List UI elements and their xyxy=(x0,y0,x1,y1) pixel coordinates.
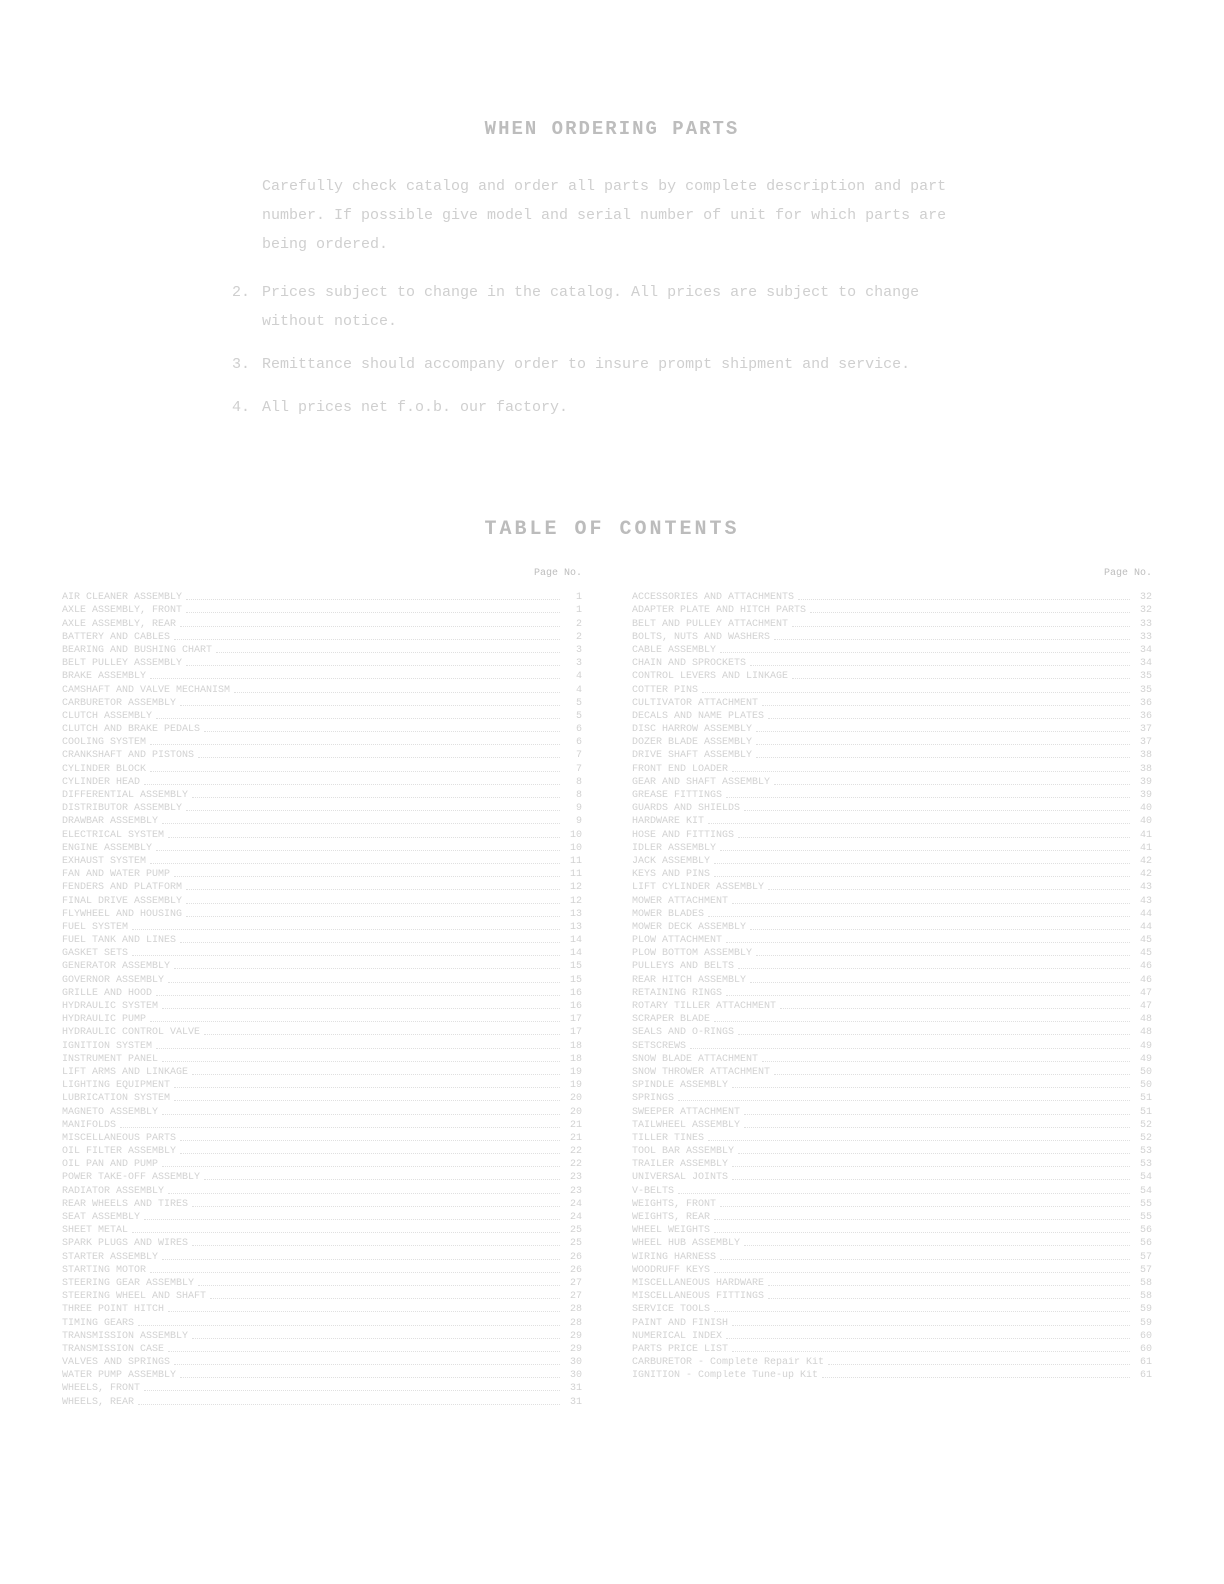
dot-leader xyxy=(132,929,560,930)
toc-entry-label: REAR HITCH ASSEMBLY xyxy=(632,975,746,986)
toc-entry: DIFFERENTIAL ASSEMBLY8 xyxy=(62,788,582,801)
toc-entry-label: TRAILER ASSEMBLY xyxy=(632,1159,728,1170)
toc-entry: RETAINING RINGS47 xyxy=(632,986,1152,999)
toc-entry-page: 47 xyxy=(1134,988,1152,999)
toc-entry-page: 18 xyxy=(564,1041,582,1052)
dot-leader xyxy=(714,1311,1130,1312)
dot-leader xyxy=(762,705,1130,706)
toc-entry-label: TILLER TINES xyxy=(632,1133,704,1144)
dot-leader xyxy=(186,612,560,613)
toc-entry-label: CARBURETOR - Complete Repair Kit xyxy=(632,1357,824,1368)
dot-leader xyxy=(144,1390,560,1391)
toc-rows-right: ACCESSORIES AND ATTACHMENTS32ADAPTER PLA… xyxy=(632,590,1152,1381)
toc-entry-page: 49 xyxy=(1134,1041,1152,1052)
toc-entry: CYLINDER HEAD8 xyxy=(62,775,582,788)
dot-leader xyxy=(138,1325,560,1326)
toc-entry-page: 49 xyxy=(1134,1054,1152,1065)
toc-entry-page: 16 xyxy=(564,1001,582,1012)
toc-entry: STEERING GEAR ASSEMBLY27 xyxy=(62,1276,582,1289)
toc-entry-page: 4 xyxy=(564,671,582,682)
toc-entry-label: HYDRAULIC CONTROL VALVE xyxy=(62,1027,200,1038)
dot-leader xyxy=(726,995,1130,996)
toc-entry: REAR WHEELS AND TIRES24 xyxy=(62,1197,582,1210)
toc-entry-page: 10 xyxy=(564,830,582,841)
dot-leader xyxy=(738,837,1130,838)
toc-entry: V-BELTS54 xyxy=(632,1183,1152,1196)
dot-leader xyxy=(732,1087,1130,1088)
toc-entry-page: 43 xyxy=(1134,896,1152,907)
dot-leader xyxy=(162,1114,560,1115)
toc-entry: TILLER TINES52 xyxy=(632,1131,1152,1144)
dot-leader xyxy=(720,1259,1130,1260)
dot-leader xyxy=(156,1048,560,1049)
toc-entry-page: 27 xyxy=(564,1291,582,1302)
toc-entry-label: FINAL DRIVE ASSEMBLY xyxy=(62,896,182,907)
dot-leader xyxy=(768,889,1130,890)
toc-entry-label: PULLEYS AND BELTS xyxy=(632,961,734,972)
instruction-text: Remittance should accompany order to ins… xyxy=(262,350,910,379)
dot-leader xyxy=(198,1285,560,1286)
toc-entry-page: 15 xyxy=(564,961,582,972)
toc-entry: COOLING SYSTEM6 xyxy=(62,735,582,748)
dot-leader xyxy=(180,942,560,943)
toc-entry-page: 46 xyxy=(1134,961,1152,972)
dot-leader xyxy=(192,1245,560,1246)
dot-leader xyxy=(744,1245,1130,1246)
dot-leader xyxy=(156,995,560,996)
toc-entry-page: 19 xyxy=(564,1080,582,1091)
dot-leader xyxy=(162,1008,560,1009)
dot-leader xyxy=(762,1061,1130,1062)
toc-entry-label: PLOW BOTTOM ASSEMBLY xyxy=(632,948,752,959)
dot-leader xyxy=(714,1021,1130,1022)
toc-entry-label: ELECTRICAL SYSTEM xyxy=(62,830,164,841)
toc-entry: WHEEL WEIGHTS56 xyxy=(632,1223,1152,1236)
dot-leader xyxy=(192,1338,560,1339)
dot-leader xyxy=(168,1193,560,1194)
toc-entry: NUMERICAL INDEX60 xyxy=(632,1329,1152,1342)
toc-entry: STARTING MOTOR26 xyxy=(62,1263,582,1276)
dot-leader xyxy=(186,916,560,917)
toc-entry: WATER PUMP ASSEMBLY30 xyxy=(62,1368,582,1381)
toc-entry-page: 44 xyxy=(1134,922,1152,933)
toc-entry: MISCELLANEOUS HARDWARE58 xyxy=(632,1276,1152,1289)
toc-entry: EXHAUST SYSTEM11 xyxy=(62,854,582,867)
toc-entry-page: 51 xyxy=(1134,1093,1152,1104)
toc-entry: RADIATOR ASSEMBLY23 xyxy=(62,1183,582,1196)
dot-leader xyxy=(732,1166,1130,1167)
dot-leader xyxy=(732,1351,1130,1352)
toc-entry: TIMING GEARS28 xyxy=(62,1315,582,1328)
toc-entry-label: CYLINDER HEAD xyxy=(62,777,140,788)
dot-leader xyxy=(168,982,560,983)
toc-entry-page: 32 xyxy=(1134,592,1152,603)
toc-entry-page: 29 xyxy=(564,1331,582,1342)
toc-entry-page: 54 xyxy=(1134,1186,1152,1197)
toc-entry-label: STARTER ASSEMBLY xyxy=(62,1252,158,1263)
toc-entry: CYLINDER BLOCK7 xyxy=(62,761,582,774)
dot-leader xyxy=(828,1364,1130,1365)
toc-entry: SNOW BLADE ATTACHMENT49 xyxy=(632,1052,1152,1065)
toc-entry-page: 59 xyxy=(1134,1304,1152,1315)
toc-entry-label: CAMSHAFT AND VALVE MECHANISM xyxy=(62,685,230,696)
toc-entry: SCRAPER BLADE48 xyxy=(632,1012,1152,1025)
toc-entry-label: GEAR AND SHAFT ASSEMBLY xyxy=(632,777,770,788)
dot-leader xyxy=(216,652,560,653)
dot-leader xyxy=(810,612,1130,613)
toc-entry: STARTER ASSEMBLY26 xyxy=(62,1249,582,1262)
dot-leader xyxy=(714,1272,1130,1273)
dot-leader xyxy=(174,1100,560,1101)
toc-entry: IDLER ASSEMBLY41 xyxy=(632,841,1152,854)
toc-entry-page: 58 xyxy=(1134,1278,1152,1289)
toc-entry-page: 46 xyxy=(1134,975,1152,986)
dot-leader xyxy=(732,771,1130,772)
toc-entry-page: 54 xyxy=(1134,1172,1152,1183)
toc-entry-label: TOOL BAR ASSEMBLY xyxy=(632,1146,734,1157)
toc-entry-page: 43 xyxy=(1134,882,1152,893)
dot-leader xyxy=(162,823,560,824)
toc-entry: SETSCREWS49 xyxy=(632,1038,1152,1051)
toc-entry: MAGNETO ASSEMBLY20 xyxy=(62,1104,582,1117)
toc-entry-page: 14 xyxy=(564,948,582,959)
dot-leader xyxy=(708,916,1130,917)
dot-leader xyxy=(714,1219,1130,1220)
toc-entry-label: LIFT CYLINDER ASSEMBLY xyxy=(632,882,764,893)
dot-leader xyxy=(744,1127,1130,1128)
toc-entry-label: WHEELS, FRONT xyxy=(62,1383,140,1394)
dot-leader xyxy=(678,1193,1130,1194)
toc-entry-label: SEALS AND O-RINGS xyxy=(632,1027,734,1038)
toc-entry-page: 30 xyxy=(564,1370,582,1381)
toc-entry-label: FENDERS AND PLATFORM xyxy=(62,882,182,893)
toc-entry-label: CLUTCH AND BRAKE PEDALS xyxy=(62,724,200,735)
toc-entry: HYDRAULIC SYSTEM16 xyxy=(62,999,582,1012)
dot-leader xyxy=(180,705,560,706)
toc-entry-page: 8 xyxy=(564,777,582,788)
instruction-item: 3. Remittance should accompany order to … xyxy=(232,350,972,379)
toc-entry-label: TAILWHEEL ASSEMBLY xyxy=(632,1120,740,1131)
toc-entry: COTTER PINS35 xyxy=(632,682,1152,695)
toc-entry: GASKET SETS14 xyxy=(62,946,582,959)
toc-entry-page: 37 xyxy=(1134,724,1152,735)
dot-leader xyxy=(162,1061,560,1062)
toc-entry: OIL FILTER ASSEMBLY22 xyxy=(62,1144,582,1157)
toc-entry: AIR CLEANER ASSEMBLY1 xyxy=(62,590,582,603)
dot-leader xyxy=(186,889,560,890)
dot-leader xyxy=(180,1377,560,1378)
toc-entry-label: HYDRAULIC PUMP xyxy=(62,1014,146,1025)
dot-leader xyxy=(168,1311,560,1312)
dot-leader xyxy=(156,718,560,719)
dot-leader xyxy=(144,784,560,785)
toc-entry: ACCESSORIES AND ATTACHMENTS32 xyxy=(632,590,1152,603)
toc-entry: PULLEYS AND BELTS46 xyxy=(632,959,1152,972)
toc-entry-label: BEARING AND BUSHING CHART xyxy=(62,645,212,656)
toc-entry-page: 21 xyxy=(564,1133,582,1144)
dot-leader xyxy=(732,1179,1130,1180)
dot-leader xyxy=(768,718,1130,719)
toc-entry-page: 44 xyxy=(1134,909,1152,920)
toc-entry-label: PARTS PRICE LIST xyxy=(632,1344,728,1355)
page-no-header: Page No. xyxy=(632,568,1152,590)
toc-entry-page: 25 xyxy=(564,1225,582,1236)
toc-entry: FLYWHEEL AND HOUSING13 xyxy=(62,907,582,920)
toc-entry-label: WHEEL HUB ASSEMBLY xyxy=(632,1238,740,1249)
dot-leader xyxy=(204,1179,560,1180)
toc-entry-page: 45 xyxy=(1134,935,1152,946)
toc-entry-label: CABLE ASSEMBLY xyxy=(632,645,716,656)
toc-entry-page: 7 xyxy=(564,750,582,761)
toc-entry-label: ENGINE ASSEMBLY xyxy=(62,843,152,854)
toc-entry-page: 51 xyxy=(1134,1107,1152,1118)
toc-entry: OIL PAN AND PUMP22 xyxy=(62,1157,582,1170)
toc-entry: FUEL TANK AND LINES14 xyxy=(62,933,582,946)
dot-leader xyxy=(744,1114,1130,1115)
toc-entry: FRONT END LOADER38 xyxy=(632,761,1152,774)
toc-entry: ADAPTER PLATE AND HITCH PARTS32 xyxy=(632,603,1152,616)
dot-leader xyxy=(162,1166,560,1167)
toc-entry-label: IGNITION SYSTEM xyxy=(62,1041,152,1052)
toc-entry-label: V-BELTS xyxy=(632,1186,674,1197)
toc-entry: MISCELLANEOUS FITTINGS58 xyxy=(632,1289,1152,1302)
toc-entry-page: 13 xyxy=(564,909,582,920)
dot-leader xyxy=(192,797,560,798)
toc-entry: CRANKSHAFT AND PISTONS7 xyxy=(62,748,582,761)
toc-entry: SWEEPER ATTACHMENT51 xyxy=(632,1104,1152,1117)
toc-entry-label: FUEL TANK AND LINES xyxy=(62,935,176,946)
toc-entry-label: MISCELLANEOUS FITTINGS xyxy=(632,1291,764,1302)
toc-entry-label: AIR CLEANER ASSEMBLY xyxy=(62,592,182,603)
toc-entry-page: 7 xyxy=(564,764,582,775)
dot-leader xyxy=(726,942,1130,943)
toc-entry-page: 25 xyxy=(564,1238,582,1249)
toc-entry-label: GUARDS AND SHIELDS xyxy=(632,803,740,814)
toc-entry-page: 57 xyxy=(1134,1265,1152,1276)
toc-entry: DISC HARROW ASSEMBLY37 xyxy=(632,722,1152,735)
toc-entry: UNIVERSAL JOINTS54 xyxy=(632,1170,1152,1183)
toc-entry-label: MISCELLANEOUS HARDWARE xyxy=(632,1278,764,1289)
page-title: WHEN ORDERING PARTS xyxy=(0,118,1224,140)
instruction-text: Prices subject to change in the catalog.… xyxy=(262,278,972,336)
toc-entry-page: 32 xyxy=(1134,605,1152,616)
dot-leader xyxy=(138,1404,560,1405)
toc-entry-page: 9 xyxy=(564,803,582,814)
dot-leader xyxy=(738,968,1130,969)
toc-entry-label: SETSCREWS xyxy=(632,1041,686,1052)
dot-leader xyxy=(768,1285,1130,1286)
dot-leader xyxy=(174,1087,560,1088)
toc-entry-page: 52 xyxy=(1134,1120,1152,1131)
toc-entry-label: LIGHTING EQUIPMENT xyxy=(62,1080,170,1091)
toc-entry-label: TRANSMISSION ASSEMBLY xyxy=(62,1331,188,1342)
toc-entry: AXLE ASSEMBLY, FRONT1 xyxy=(62,603,582,616)
toc-entry-page: 39 xyxy=(1134,777,1152,788)
toc-entry: PAINT AND FINISH59 xyxy=(632,1315,1152,1328)
toc-entry: ELECTRICAL SYSTEM10 xyxy=(62,827,582,840)
toc-entry-label: MOWER DECK ASSEMBLY xyxy=(632,922,746,933)
toc-entry: BEARING AND BUSHING CHART3 xyxy=(62,643,582,656)
dot-leader xyxy=(714,1232,1130,1233)
toc-entry: ROTARY TILLER ATTACHMENT47 xyxy=(632,999,1152,1012)
toc-entry-page: 4 xyxy=(564,685,582,696)
toc-entry-label: RADIATOR ASSEMBLY xyxy=(62,1186,164,1197)
toc-entry-page: 5 xyxy=(564,711,582,722)
toc-entry: GREASE FITTINGS39 xyxy=(632,788,1152,801)
toc-entry: SERVICE TOOLS59 xyxy=(632,1302,1152,1315)
toc-entry: SPINDLE ASSEMBLY50 xyxy=(632,1078,1152,1091)
toc-entry-label: PAINT AND FINISH xyxy=(632,1318,728,1329)
toc-entry: DRIVE SHAFT ASSEMBLY38 xyxy=(632,748,1152,761)
toc-entry-label: BELT PULLEY ASSEMBLY xyxy=(62,658,182,669)
toc-entry-label: POWER TAKE-OFF ASSEMBLY xyxy=(62,1172,200,1183)
toc-entry-label: WOODRUFF KEYS xyxy=(632,1265,710,1276)
toc-entry-page: 18 xyxy=(564,1054,582,1065)
dot-leader xyxy=(150,744,560,745)
toc-entry: BELT AND PULLEY ATTACHMENT33 xyxy=(632,616,1152,629)
toc-entry-label: WEIGHTS, FRONT xyxy=(632,1199,716,1210)
toc-entry: CARBURETOR - Complete Repair Kit61 xyxy=(632,1355,1152,1368)
toc-entry: INSTRUMENT PANEL18 xyxy=(62,1052,582,1065)
toc-entry: ENGINE ASSEMBLY10 xyxy=(62,841,582,854)
toc-entry-page: 41 xyxy=(1134,830,1152,841)
toc-entry: WEIGHTS, FRONT55 xyxy=(632,1197,1152,1210)
toc-entry-page: 36 xyxy=(1134,711,1152,722)
toc-entry-label: SWEEPER ATTACHMENT xyxy=(632,1107,740,1118)
toc-entry-label: SCRAPER BLADE xyxy=(632,1014,710,1025)
toc-entry-label: STEERING WHEEL AND SHAFT xyxy=(62,1291,206,1302)
toc-entry-page: 53 xyxy=(1134,1146,1152,1157)
toc-entry: POWER TAKE-OFF ASSEMBLY23 xyxy=(62,1170,582,1183)
dot-leader xyxy=(774,1074,1130,1075)
toc-entry: SPARK PLUGS AND WIRES25 xyxy=(62,1236,582,1249)
toc-entry-label: SPARK PLUGS AND WIRES xyxy=(62,1238,188,1249)
toc-entry: LUBRICATION SYSTEM20 xyxy=(62,1091,582,1104)
toc-entry: CONTROL LEVERS AND LINKAGE35 xyxy=(632,669,1152,682)
toc-entry-page: 17 xyxy=(564,1027,582,1038)
dot-leader xyxy=(750,929,1130,930)
toc-entry: TAILWHEEL ASSEMBLY52 xyxy=(632,1118,1152,1131)
toc-entry-page: 56 xyxy=(1134,1238,1152,1249)
dot-leader xyxy=(678,1100,1130,1101)
dot-leader xyxy=(774,639,1130,640)
toc-entry-page: 38 xyxy=(1134,750,1152,761)
dot-leader xyxy=(132,955,560,956)
dot-leader xyxy=(144,1219,560,1220)
toc-entry-page: 23 xyxy=(564,1186,582,1197)
dot-leader xyxy=(714,876,1130,877)
toc-entry-label: STARTING MOTOR xyxy=(62,1265,146,1276)
toc-entry: GEAR AND SHAFT ASSEMBLY39 xyxy=(632,775,1152,788)
dot-leader xyxy=(744,810,1130,811)
toc-entry-page: 8 xyxy=(564,790,582,801)
toc-entry-page: 6 xyxy=(564,737,582,748)
dot-leader xyxy=(720,1206,1130,1207)
toc-entry: CLUTCH ASSEMBLY5 xyxy=(62,709,582,722)
instruction-number: 4. xyxy=(232,393,262,422)
toc-entry: LIGHTING EQUIPMENT19 xyxy=(62,1078,582,1091)
toc-entry-label: MAGNETO ASSEMBLY xyxy=(62,1107,158,1118)
toc-entry-page: 26 xyxy=(564,1265,582,1276)
toc-entry: SHEET METAL25 xyxy=(62,1223,582,1236)
toc-entry-page: 60 xyxy=(1134,1331,1152,1342)
toc-column-right: Page No. ACCESSORIES AND ATTACHMENTS32AD… xyxy=(632,568,1152,1381)
toc-entry-page: 48 xyxy=(1134,1014,1152,1025)
toc-entry-label: TIMING GEARS xyxy=(62,1318,134,1329)
toc-entry-page: 29 xyxy=(564,1344,582,1355)
toc-entry: TRANSMISSION CASE29 xyxy=(62,1342,582,1355)
toc-entry-page: 50 xyxy=(1134,1067,1152,1078)
toc-entry-label: GENERATOR ASSEMBLY xyxy=(62,961,170,972)
toc-entry-label: DIFFERENTIAL ASSEMBLY xyxy=(62,790,188,801)
toc-entry-label: TRANSMISSION CASE xyxy=(62,1344,164,1355)
toc-entry: TRAILER ASSEMBLY53 xyxy=(632,1157,1152,1170)
toc-entry-page: 12 xyxy=(564,896,582,907)
dot-leader xyxy=(720,652,1130,653)
toc-entry: WIRING HARNESS57 xyxy=(632,1249,1152,1262)
intro-paragraph: Carefully check catalog and order all pa… xyxy=(262,172,962,259)
toc-entry: CULTIVATOR ATTACHMENT36 xyxy=(632,696,1152,709)
toc-entry-label: CULTIVATOR ATTACHMENT xyxy=(632,698,758,709)
toc-entry: SEAT ASSEMBLY24 xyxy=(62,1210,582,1223)
toc-entry-page: 30 xyxy=(564,1357,582,1368)
toc-entry: IGNITION SYSTEM18 xyxy=(62,1038,582,1051)
toc-entry: TOOL BAR ASSEMBLY53 xyxy=(632,1144,1152,1157)
toc-entry: CAMSHAFT AND VALVE MECHANISM4 xyxy=(62,682,582,695)
toc-entry-page: 20 xyxy=(564,1107,582,1118)
toc-entry-page: 10 xyxy=(564,843,582,854)
instruction-item: 2. Prices subject to change in the catal… xyxy=(232,278,972,336)
toc-entry: FUEL SYSTEM13 xyxy=(62,920,582,933)
toc-entry-page: 35 xyxy=(1134,671,1152,682)
toc-entry-label: DISC HARROW ASSEMBLY xyxy=(632,724,752,735)
toc-rows-left: AIR CLEANER ASSEMBLY1AXLE ASSEMBLY, FRON… xyxy=(62,590,582,1408)
toc-entry: STEERING WHEEL AND SHAFT27 xyxy=(62,1289,582,1302)
toc-entry-label: FRONT END LOADER xyxy=(632,764,728,775)
toc-entry-label: NUMERICAL INDEX xyxy=(632,1331,722,1342)
dot-leader xyxy=(204,1034,560,1035)
toc-entry-label: WHEEL WEIGHTS xyxy=(632,1225,710,1236)
toc-entry: BATTERY AND CABLES2 xyxy=(62,630,582,643)
toc-entry-label: DISTRIBUTOR ASSEMBLY xyxy=(62,803,182,814)
toc-entry-label: BELT AND PULLEY ATTACHMENT xyxy=(632,619,788,630)
dot-leader xyxy=(132,1232,560,1233)
dot-leader xyxy=(204,731,560,732)
dot-leader xyxy=(822,1377,1130,1378)
dot-leader xyxy=(780,1008,1130,1009)
toc-entry-page: 2 xyxy=(564,632,582,643)
toc-entry-label: DRIVE SHAFT ASSEMBLY xyxy=(632,750,752,761)
toc-entry-label: BOLTS, NUTS AND WASHERS xyxy=(632,632,770,643)
dot-leader xyxy=(174,639,560,640)
toc-entry-label: COTTER PINS xyxy=(632,685,698,696)
toc-entry-label: ACCESSORIES AND ATTACHMENTS xyxy=(632,592,794,603)
dot-leader xyxy=(690,1048,1130,1049)
toc-entry-page: 55 xyxy=(1134,1199,1152,1210)
toc-entry-page: 3 xyxy=(564,645,582,656)
dot-leader xyxy=(726,797,1130,798)
dot-leader xyxy=(150,863,560,864)
toc-entry-label: AXLE ASSEMBLY, REAR xyxy=(62,619,176,630)
toc-entry: LIFT ARMS AND LINKAGE19 xyxy=(62,1065,582,1078)
dot-leader xyxy=(702,692,1130,693)
dot-leader xyxy=(720,850,1130,851)
toc-entry: GUARDS AND SHIELDS40 xyxy=(632,801,1152,814)
toc-entry: MOWER DECK ASSEMBLY44 xyxy=(632,920,1152,933)
toc-entry: SNOW THROWER ATTACHMENT50 xyxy=(632,1065,1152,1078)
toc-entry-label: UNIVERSAL JOINTS xyxy=(632,1172,728,1183)
toc-entry: FENDERS AND PLATFORM12 xyxy=(62,880,582,893)
